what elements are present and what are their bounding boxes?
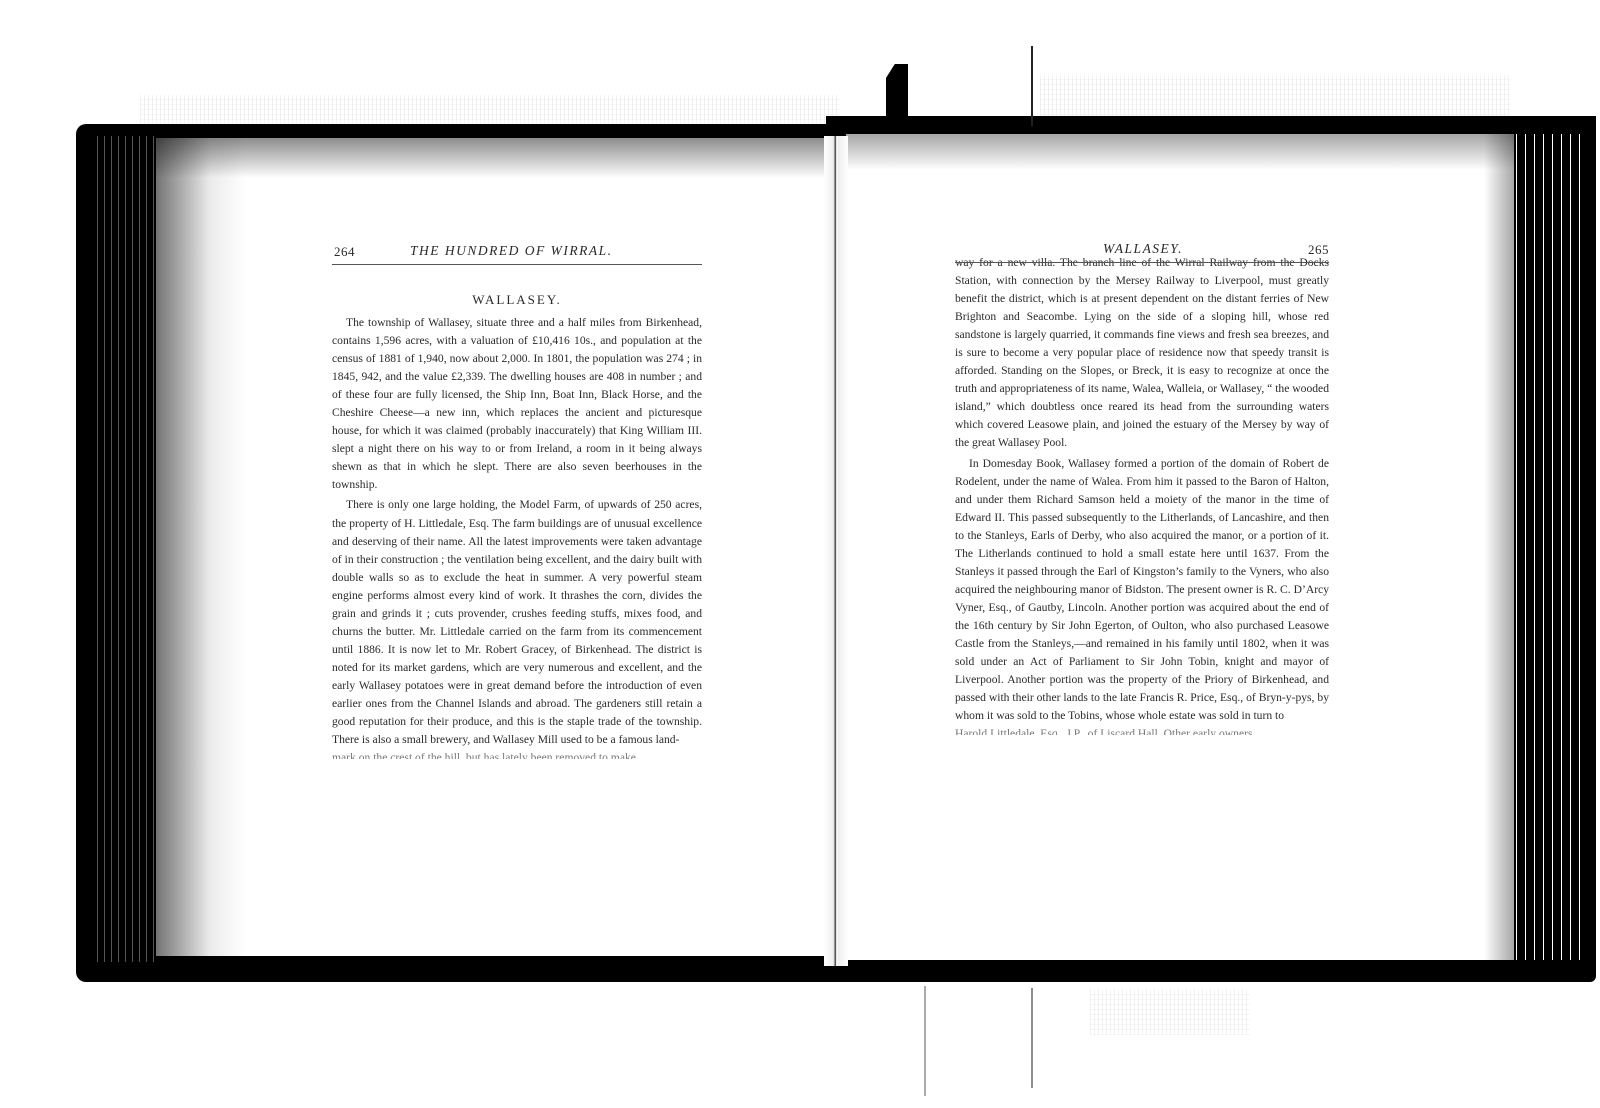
page-edges-left: [94, 136, 154, 962]
bookmark-tab: [886, 64, 908, 134]
left-page-number: 264: [334, 244, 355, 260]
right-body-text: way for a new villa. The branch line of …: [955, 254, 1329, 725]
page-edges-right: [1512, 134, 1582, 960]
right-page-number: 265: [1308, 242, 1329, 258]
scan-noise-bottom: [1090, 990, 1250, 1035]
right-running-title: WALLASEY.: [1103, 241, 1183, 257]
left-page: 264 THE HUNDRED OF WIRRAL. WALLASEY. The…: [332, 242, 702, 759]
cut-off-line: Harold Littledale, Esq., J.P., of Liscar…: [955, 725, 1329, 735]
ribbon-marker-bottom: [1031, 988, 1033, 1088]
left-body-text: The township of Wallasey, situate three …: [332, 314, 702, 749]
section-title: WALLASEY.: [332, 292, 702, 308]
right-page: WALLASEY. 265 way for a new villa. The b…: [955, 240, 1329, 735]
ribbon-marker-bottom-2: [924, 986, 926, 1096]
right-running-head: WALLASEY. 265: [955, 240, 1329, 263]
left-running-title: THE HUNDRED OF WIRRAL.: [410, 243, 612, 259]
ribbon-marker: [1031, 46, 1033, 126]
book-cover-top-edge: [826, 116, 1596, 132]
left-running-head: 264 THE HUNDRED OF WIRRAL.: [332, 242, 702, 265]
paragraph: The township of Wallasey, situate three …: [332, 314, 702, 494]
open-book: [76, 116, 1600, 988]
paragraph: In Domesday Book, Wallasey formed a port…: [955, 455, 1329, 726]
paragraph: There is only one large holding, the Mod…: [332, 496, 702, 749]
book-gutter: [824, 136, 848, 966]
cut-off-line: mark on the crest of the hill, but has l…: [332, 749, 702, 759]
paragraph: way for a new villa. The branch line of …: [955, 254, 1329, 453]
